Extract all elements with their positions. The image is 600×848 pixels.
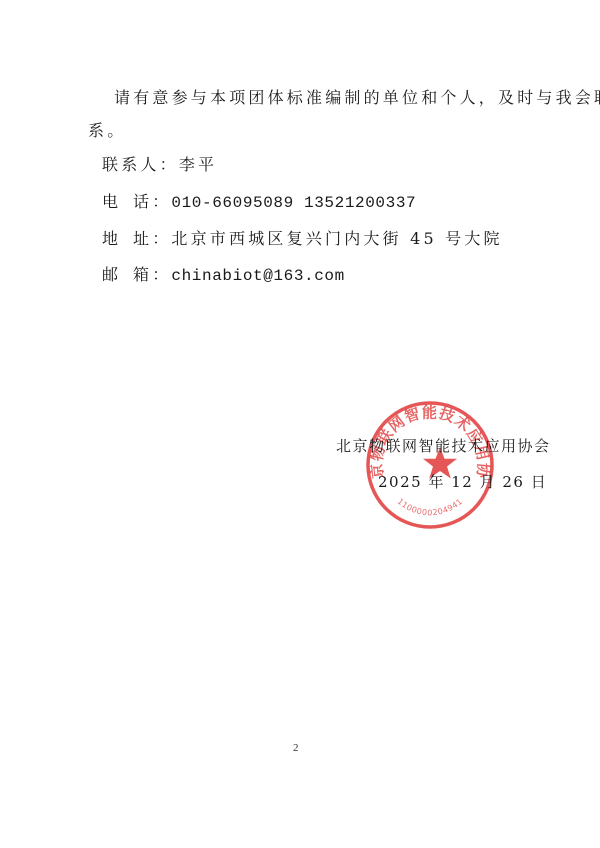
phone-label-char1: 电 xyxy=(102,192,133,212)
address-label-char2: 址： xyxy=(133,229,171,248)
email-row: 邮箱：chinabiot@163.com xyxy=(102,265,345,286)
paragraph-line-1: 请有意参与本项团体标准编制的单位和个人，及时与我会联 xyxy=(114,88,600,108)
address-value: 北京市西城区复兴门内大街 45 号大院 xyxy=(171,229,502,248)
document-page: 请有意参与本项团体标准编制的单位和个人，及时与我会联 系。 联系人：李平 电话：… xyxy=(0,0,600,848)
email-value[interactable]: chinabiot@163.com xyxy=(171,267,344,285)
contact-person-row: 联系人：李平 xyxy=(102,155,217,175)
contact-person-value: 李平 xyxy=(179,155,217,174)
phone-row: 电话：010-66095089 13521200337 xyxy=(102,192,416,213)
contact-person-label: 联系人： xyxy=(102,155,179,174)
signature-date: 2025 年 12 月 26 日 xyxy=(378,472,547,492)
paragraph-line-2: 系。 xyxy=(88,121,126,141)
page-number: 2 xyxy=(293,742,299,754)
stamp-code: 1100000204941 xyxy=(396,497,465,517)
address-label-char1: 地 xyxy=(102,229,133,249)
email-label-char2: 箱： xyxy=(133,265,171,284)
phone-value: 010-66095089 13521200337 xyxy=(171,194,416,212)
address-row: 地址：北京市西城区复兴门内大街 45 号大院 xyxy=(102,229,503,249)
email-label-char1: 邮 xyxy=(102,265,133,285)
phone-label-char2: 话： xyxy=(133,192,171,211)
signature-organization: 北京物联网智能技术应用协会 xyxy=(336,436,551,456)
official-seal-stamp: 北京物联网智能技术应用协会 1100000204941 xyxy=(364,399,496,531)
